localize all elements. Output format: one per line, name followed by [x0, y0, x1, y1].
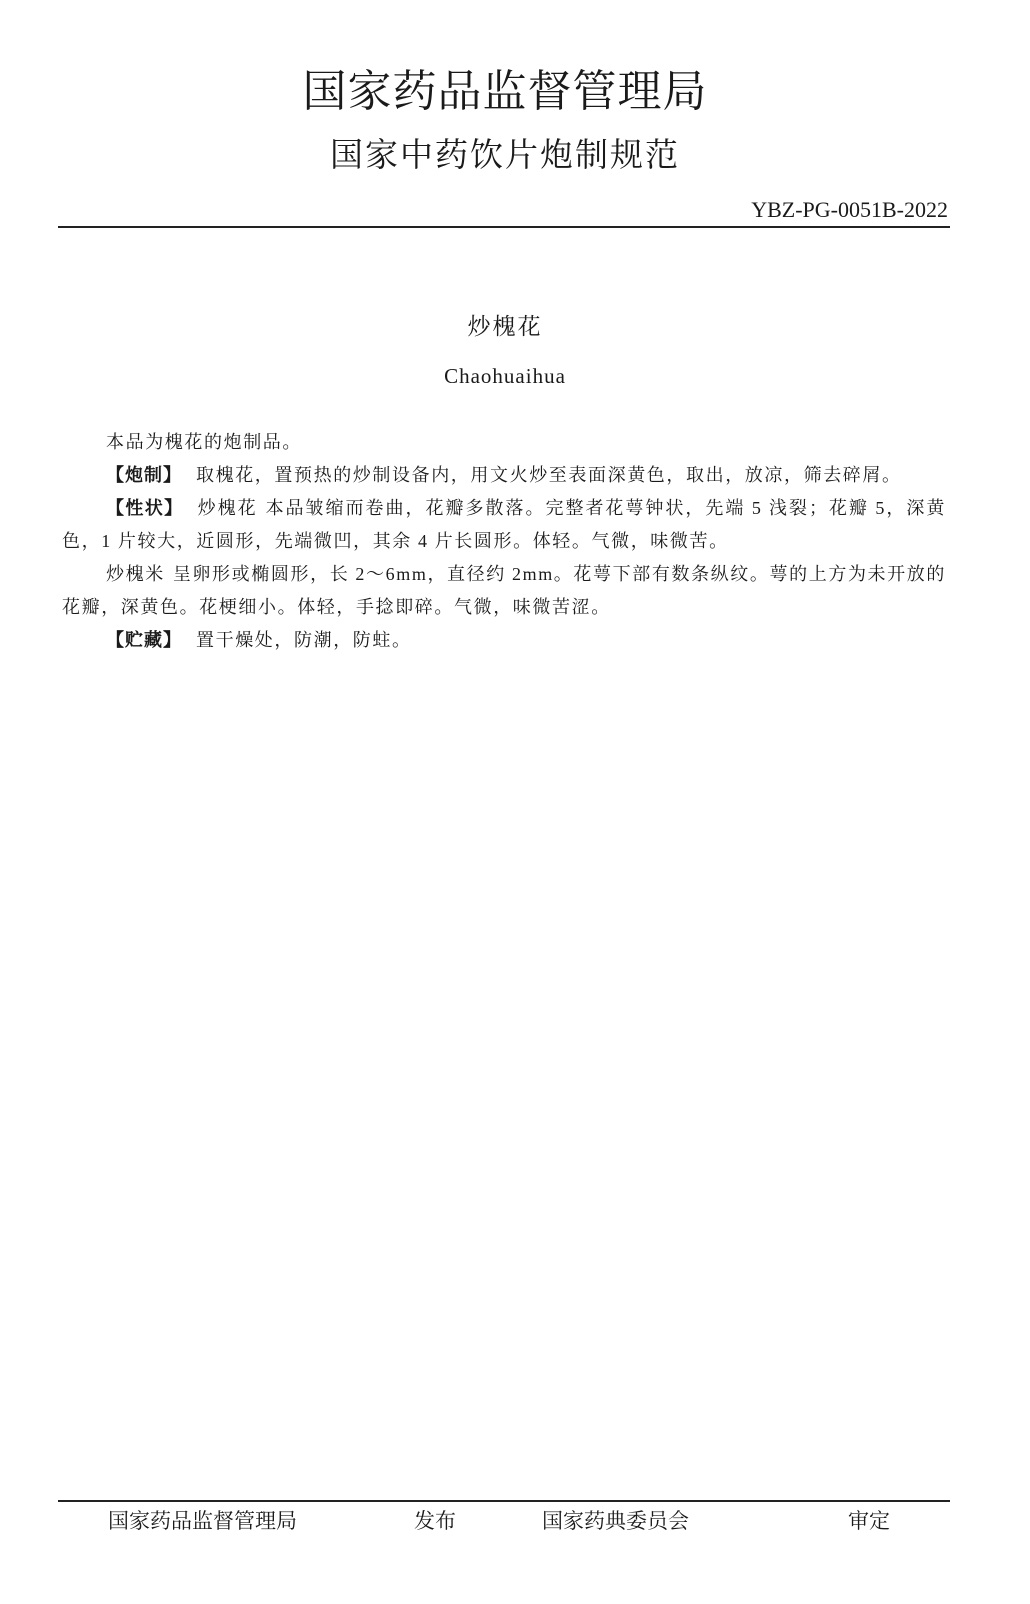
storage-text: 置干燥处，防潮，防蛀。 — [196, 630, 412, 650]
description-item1-text: 本品皱缩而卷曲，花瓣多散落。完整者花萼钟状，先端 5 浅裂；花瓣 5，深黄色，1… — [62, 498, 946, 551]
description-section: 【性状】炒槐花本品皱缩而卷曲，花瓣多散落。完整者花萼钟状，先端 5 浅裂；花瓣 … — [62, 492, 946, 558]
footer-publish-label: 发布 — [414, 1503, 456, 1539]
description-label: 【性状】 — [106, 498, 184, 519]
agency-title: 国家药品监督管理局 — [0, 62, 1010, 122]
description-item1-name: 炒槐花 — [198, 498, 258, 518]
footer-divider — [58, 1500, 950, 1502]
footer-reviewer: 国家药典委员会 — [542, 1503, 689, 1539]
monograph-title: 炒槐花 — [0, 311, 1010, 343]
description-item2: 炒槐米呈卵形或椭圆形，长 2～6mm，直径约 2mm。花萼下部有数条纵纹。萼的上… — [62, 558, 946, 624]
intro-text: 本品为槐花的炮制品。 — [106, 432, 302, 452]
description-item2-name: 炒槐米 — [106, 564, 165, 584]
monograph-body: 本品为槐花的炮制品。 【炮制】取槐花，置预热的炒制设备内，用文火炒至表面深黄色，… — [62, 426, 946, 657]
footer-review-label: 审定 — [848, 1503, 890, 1539]
description-item2-text: 呈卵形或椭圆形，长 2～6mm，直径约 2mm。花萼下部有数条纵纹。萼的上方为未… — [62, 564, 946, 617]
storage-label: 【贮藏】 — [106, 630, 182, 651]
storage-section: 【贮藏】置干燥处，防潮，防蛀。 — [62, 624, 946, 657]
header-divider — [58, 226, 950, 228]
processing-section: 【炮制】取槐花，置预热的炒制设备内，用文火炒至表面深黄色，取出，放凉，筛去碎屑。 — [62, 459, 946, 492]
monograph-pinyin: Chaohuaihua — [0, 362, 1010, 390]
intro-paragraph: 本品为槐花的炮制品。 — [62, 426, 946, 459]
processing-label: 【炮制】 — [106, 465, 182, 486]
document-code: YBZ-PG-0051B-2022 — [751, 196, 948, 224]
spec-title: 国家中药饮片炮制规范 — [0, 132, 1010, 178]
footer-publisher: 国家药品监督管理局 — [108, 1503, 297, 1539]
processing-text: 取槐花，置预热的炒制设备内，用文火炒至表面深黄色，取出，放凉，筛去碎屑。 — [196, 465, 902, 485]
footer: 国家药品监督管理局 发布 国家药典委员会 审定 — [58, 1503, 950, 1539]
